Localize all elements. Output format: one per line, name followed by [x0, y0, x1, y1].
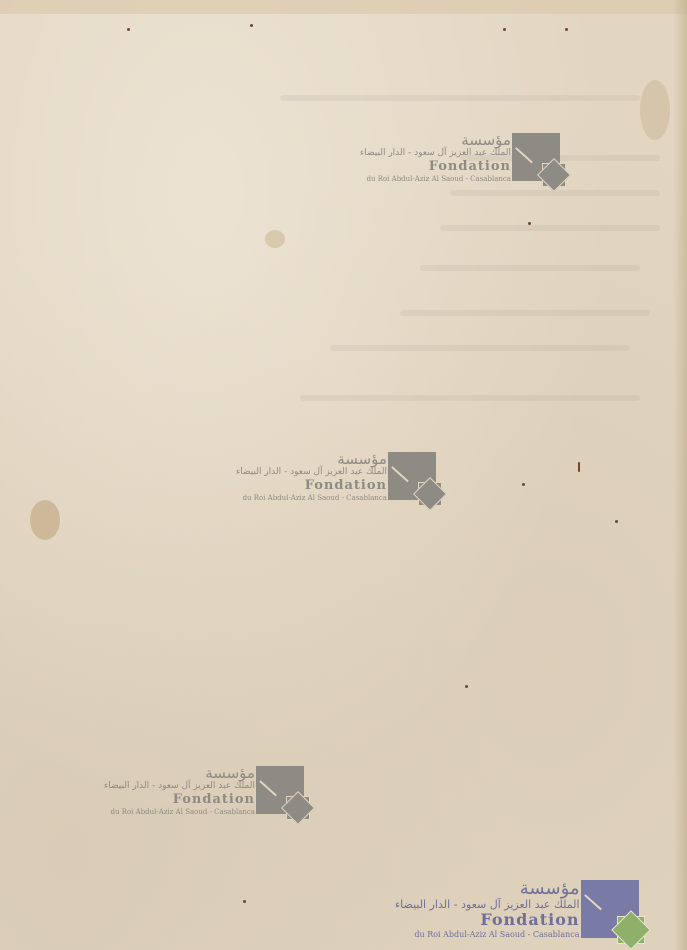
- watermark-arabic-subtitle: الملك عبد العزيز آل سعود - الدار البيضاء: [360, 149, 511, 158]
- watermark-french-title: Fondation: [429, 160, 511, 173]
- watermark-arabic-subtitle: الملك عبد العزيز آل سعود - الدار البيضاء: [236, 468, 387, 477]
- speck: [578, 462, 580, 472]
- paper-right-edge: [673, 0, 687, 950]
- bleed-through-line: [400, 310, 650, 316]
- watermark: مؤسسة الملك عبد العزيز آل سعود - الدار ا…: [360, 133, 560, 183]
- scanned-page: مؤسسة الملك عبد العزيز آل سعود - الدار ا…: [0, 0, 687, 950]
- bleed-through-line: [420, 265, 640, 271]
- foundation-logo-icon: [581, 880, 639, 938]
- watermark-french-title: Fondation: [173, 793, 255, 806]
- paper-stain: [30, 500, 60, 540]
- watermark-color: مؤسسة الملك عبد العزيز آل سعود - الدار ا…: [395, 880, 639, 939]
- foundation-logo-icon: [256, 766, 304, 814]
- watermark-arabic-subtitle: الملك عبد العزيز آل سعود - الدار البيضاء: [104, 782, 255, 791]
- watermark-arabic-subtitle: الملك عبد العزيز آل سعود - الدار البيضاء: [395, 899, 580, 910]
- paper-stain: [265, 230, 285, 248]
- watermark-french-subtitle: du Roi Abdul-Aziz Al Saoud - Casablanca: [110, 809, 254, 816]
- watermark-french-title: Fondation: [305, 479, 387, 492]
- watermark-french-title: Fondation: [480, 912, 579, 928]
- paper-stain: [640, 80, 670, 140]
- speck: [503, 28, 506, 31]
- foundation-logo-icon: [388, 452, 436, 500]
- speck: [565, 28, 568, 31]
- watermark: مؤسسة الملك عبد العزيز آل سعود - الدار ا…: [236, 452, 436, 502]
- speck: [615, 520, 618, 523]
- watermark-arabic-title: مؤسسة: [205, 766, 255, 781]
- watermark: مؤسسة الملك عبد العزيز آل سعود - الدار ا…: [104, 766, 304, 816]
- watermark-arabic-title: مؤسسة: [520, 880, 580, 898]
- speck: [522, 483, 525, 486]
- foundation-logo-icon: [512, 133, 560, 181]
- bleed-through-line: [300, 395, 640, 401]
- speck: [127, 28, 130, 31]
- speck: [465, 685, 468, 688]
- watermark-french-subtitle: du Roi Abdul-Aziz Al Saoud - Casablanca: [414, 931, 579, 939]
- speck: [243, 900, 246, 903]
- paper-top-edge: [0, 0, 687, 14]
- watermark-arabic-title: مؤسسة: [461, 133, 511, 148]
- watermark-french-subtitle: du Roi Abdul-Aziz Al Saoud - Casablanca: [242, 495, 386, 502]
- watermark-arabic-title: مؤسسة: [337, 452, 387, 467]
- watermark-french-subtitle: du Roi Abdul-Aziz Al Saoud - Casablanca: [366, 176, 510, 183]
- bleed-through-line: [280, 95, 640, 101]
- bleed-through-line: [330, 345, 630, 351]
- speck: [250, 24, 253, 27]
- bleed-through-line: [440, 225, 660, 231]
